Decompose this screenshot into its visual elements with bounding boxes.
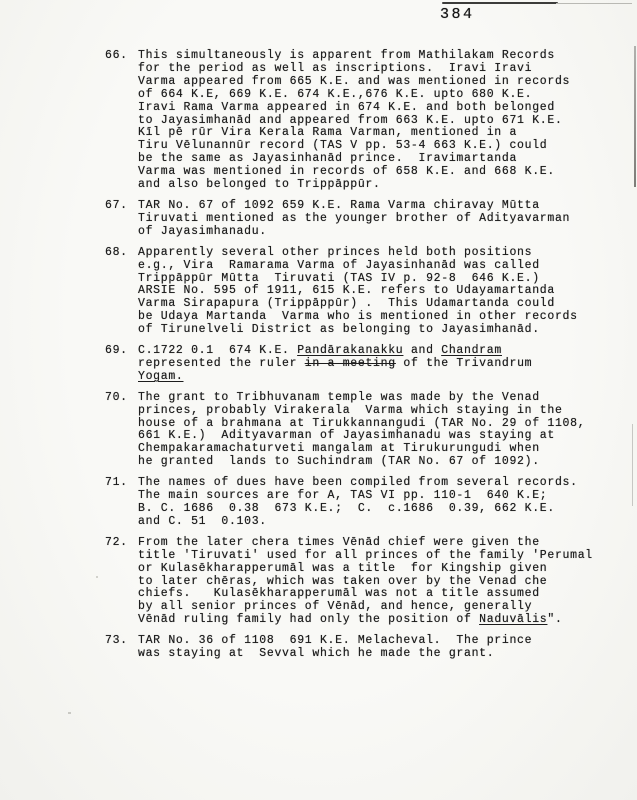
note-item: 68. Apparently several other princes hel…	[105, 247, 615, 337]
note-number: 73.	[105, 635, 138, 661]
page-number: 384	[440, 6, 475, 23]
note-number: 70.	[105, 392, 138, 469]
note-item: 66. This simultaneously is apparent from…	[105, 50, 615, 192]
note-text: This simultaneously is apparent from Mat…	[138, 50, 570, 192]
note-number: 68.	[105, 247, 138, 337]
note-item: 67. TAR No. 67 of 1092 659 K.E. Rama Var…	[105, 200, 615, 239]
scan-artifact-vline-2	[632, 424, 633, 506]
note-text: TAR No. 36 of 1108 691 K.E. Melacheval. …	[138, 635, 532, 661]
note-item: 73. TAR No. 36 of 1108 691 K.E. Melachev…	[105, 635, 615, 661]
note-item: 71. The names of dues have been compiled…	[105, 477, 615, 529]
note-number: 69.	[105, 345, 138, 384]
note-text: TAR No. 67 of 1092 659 K.E. Rama Varma c…	[138, 200, 570, 239]
note-number: 72.	[105, 537, 138, 627]
scanned-page: 384 66. This simultaneously is apparent …	[0, 0, 637, 800]
scan-artifact-speck-2	[96, 576, 98, 578]
scan-artifact-vline-1	[634, 46, 636, 187]
note-text: The names of dues have been compiled fro…	[138, 477, 578, 529]
scan-artifact-speck-1	[68, 712, 71, 714]
header-rule-line	[442, 2, 558, 4]
note-text: Apparently several other princes held bo…	[138, 247, 578, 337]
note-text: The grant to Tribhuvanam temple was made…	[138, 392, 585, 469]
note-number: 71.	[105, 477, 138, 529]
note-item: 70. The grant to Tribhuvanam temple was …	[105, 392, 615, 469]
note-number: 67.	[105, 200, 138, 239]
note-item: 69. C.1722 0.1 674 K.E. Pandārakanakku a…	[105, 345, 615, 384]
note-item: 72. From the later chera times Vēnād chi…	[105, 537, 615, 627]
notes-list: 66. This simultaneously is apparent from…	[105, 50, 615, 669]
note-number: 66.	[105, 50, 138, 192]
note-text: From the later chera times Vēnād chief w…	[138, 537, 593, 627]
note-text: C.1722 0.1 674 K.E. Pandārakanakku and C…	[138, 345, 532, 384]
header-rule-line-faint	[556, 3, 632, 4]
